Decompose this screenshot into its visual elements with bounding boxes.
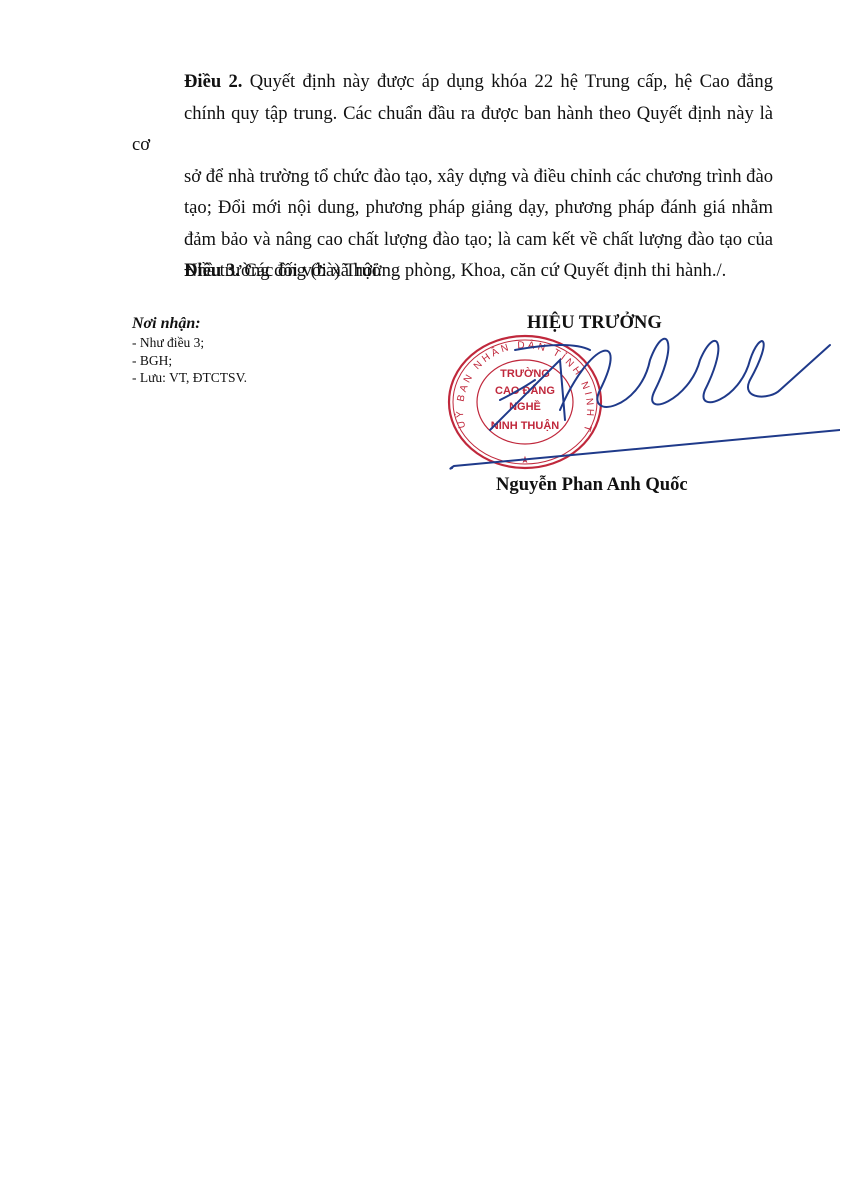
article-2-line: chính quy tập trung. Các chuẩn đầu ra đư… xyxy=(132,98,773,161)
article-2-paragraph: Điều 2. Quyết định này được áp dụng khóa… xyxy=(132,66,773,287)
recipient-item: - Như điều 3; xyxy=(132,334,247,352)
article-2-label: Điều 2. xyxy=(184,71,242,92)
article-3-text: Các ông (bà) Trưởng phòng, Khoa, căn cứ … xyxy=(240,260,727,281)
article-2-line: tạo; Đổi mới nội dung, phương pháp giảng… xyxy=(132,192,773,224)
article-2-line: sở để nhà trường tổ chức đào tạo, xây dự… xyxy=(132,161,773,193)
recipients-title: Nơi nhận: xyxy=(132,314,247,334)
recipient-item: - BGH; xyxy=(132,352,247,370)
article-2-line: đảm bảo và nâng cao chất lượng đào tạo; … xyxy=(132,224,773,256)
article-3-label: Điều 3. xyxy=(184,260,240,281)
recipients-block: Nơi nhận: - Như điều 3; - BGH; - Lưu: VT… xyxy=(132,314,247,387)
handwritten-signature-icon xyxy=(440,320,840,480)
recipient-item: - Lưu: VT, ĐTCTSV. xyxy=(132,369,247,387)
article-2-line: Quyết định này được áp dụng khóa 22 hệ T… xyxy=(242,71,773,92)
signer-name: Nguyễn Phan Anh Quốc xyxy=(496,474,688,496)
article-3-paragraph: Điều 3. Các ông (bà) Trưởng phòng, Khoa,… xyxy=(132,255,773,287)
